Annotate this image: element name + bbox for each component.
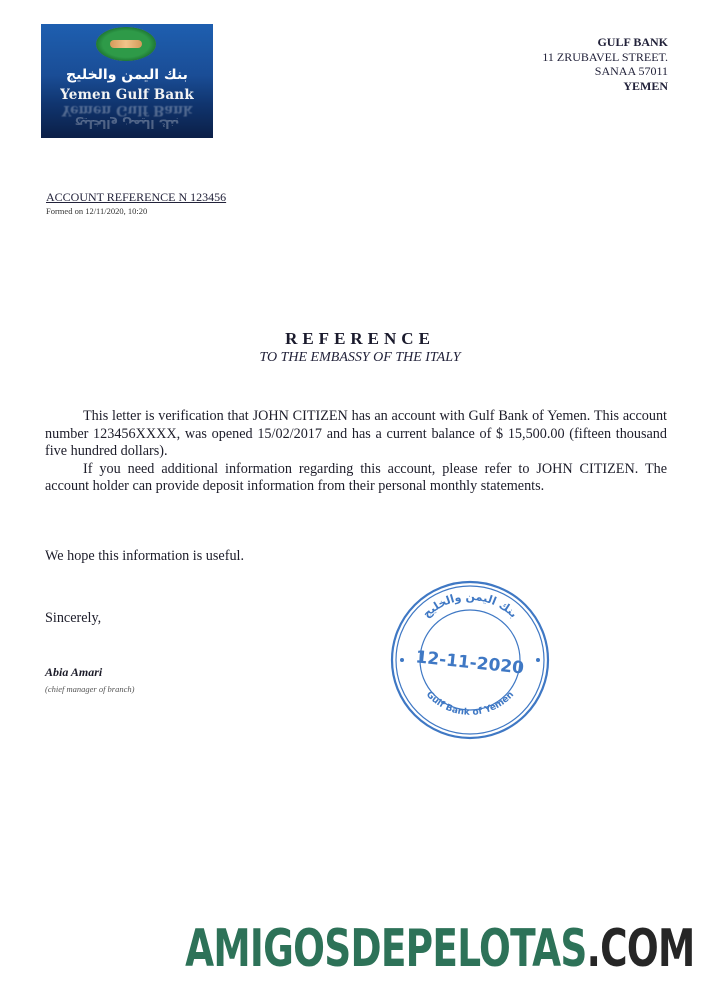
signatory-title: (chief manager of branch) bbox=[45, 684, 134, 694]
watermark: AMIGOSDEPELOTAS.COM bbox=[185, 918, 694, 980]
closing-line: We hope this information is useful. bbox=[45, 548, 244, 565]
body-paragraph: This letter is verification that JOHN CI… bbox=[45, 408, 667, 461]
logo-english-name: Yemen Gulf Bank bbox=[41, 87, 213, 103]
logo-reflection-arabic: بنك اليمن والخليج bbox=[41, 117, 213, 131]
bank-address: GULF BANK 11 ZRUBAVEL STREET. SANAA 5701… bbox=[542, 35, 668, 93]
handshake-emblem-icon bbox=[96, 27, 156, 61]
logo-arabic-name: بنك اليمن والخليج bbox=[41, 67, 213, 83]
stamp-bottom-text: Gulf Bank of Yemen bbox=[424, 690, 516, 718]
logo-reflection: Yemen Gulf Bank bbox=[41, 102, 213, 118]
letter-subtitle: TO THE EMBASSY OF THE ITALY bbox=[0, 350, 720, 366]
bank-logo: بنك اليمن والخليج Yemen Gulf Bank Yemen … bbox=[41, 24, 213, 138]
formed-on-date: Formed on 12/11/2020, 10:20 bbox=[46, 206, 147, 216]
letter-body: This letter is verification that JOHN CI… bbox=[45, 408, 667, 496]
bank-stamp: بنك اليمن والخليج Gulf Bank of Yemen 12-… bbox=[388, 578, 552, 742]
watermark-suffix: .COM bbox=[586, 919, 694, 979]
letter-title: REFERENCE bbox=[0, 329, 720, 349]
address-street: 11 ZRUBAVEL STREET. bbox=[542, 50, 668, 65]
salutation: Sincerely, bbox=[45, 610, 101, 627]
address-bank: GULF BANK bbox=[542, 35, 668, 50]
body-paragraph: If you need additional information regar… bbox=[45, 461, 667, 496]
address-city: SANAA 57011 bbox=[542, 64, 668, 79]
account-reference: ACCOUNT REFERENCE N 123456 bbox=[46, 190, 226, 205]
address-country: YEMEN bbox=[542, 79, 668, 94]
stamp-date: 12-11-2020 bbox=[415, 647, 525, 678]
watermark-main: AMIGOSDEPELOTAS bbox=[185, 919, 586, 979]
signatory-name: Abia Amari bbox=[45, 665, 102, 680]
